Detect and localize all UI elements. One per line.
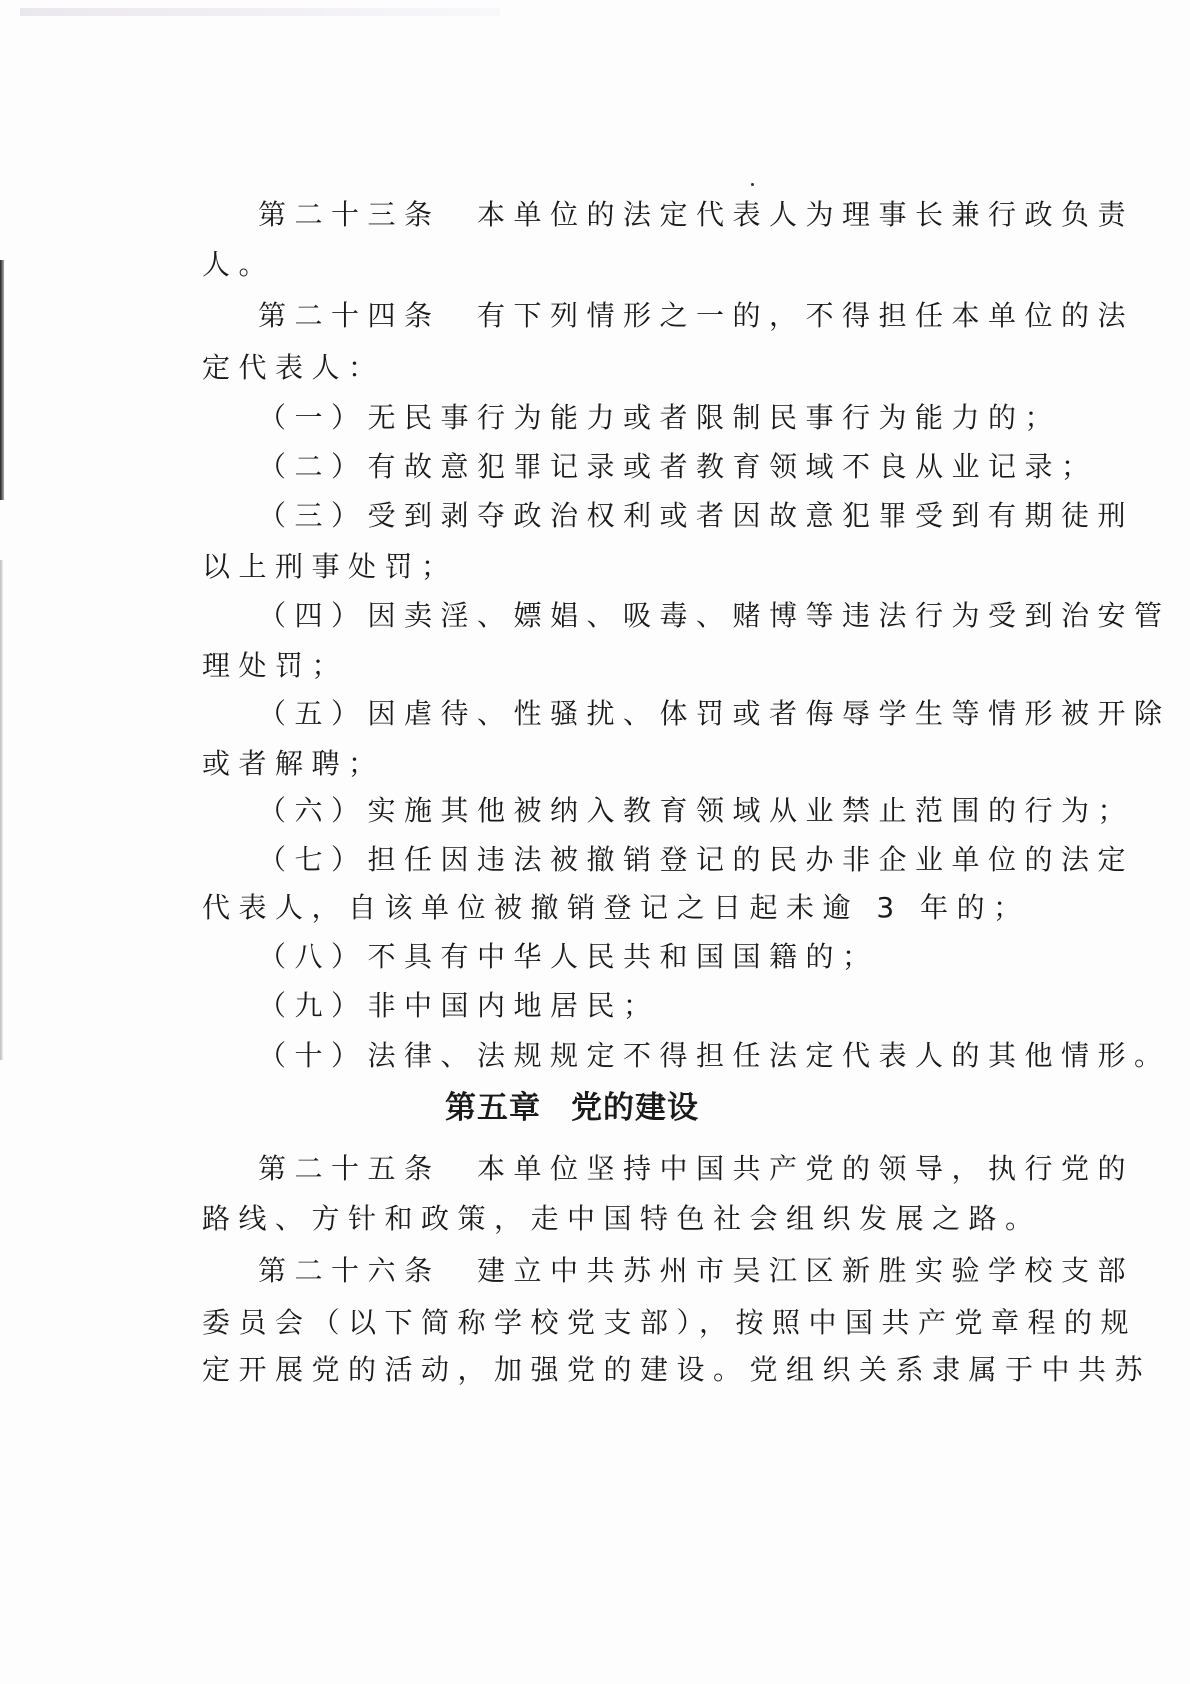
text-line: 委员会（以下简称学校党支部），按照中国共产党章程的规 <box>202 1305 1137 1341</box>
text-line: 理处罚； <box>202 648 348 684</box>
text-line: 或者解聘； <box>202 746 385 782</box>
text-line: 代表人，自该单位被撤销登记之日起未逾 3 年的； <box>202 890 1030 926</box>
text-line: 第二十六条 建立中共苏州市吴江区新胜实验学校支部 <box>258 1253 1134 1289</box>
text-line: 第二十四条 有下列情形之一的，不得担任本单位的法 <box>258 298 1134 334</box>
text-line: （四）因卖淫、嫖娼、吸毒、赌博等违法行为受到治安管 <box>258 598 1171 634</box>
text-line: （十）法律、法规规定不得担任法定代表人的其他情形。 <box>258 1038 1171 1074</box>
text-line: （三）受到剥夺政治权利或者因故意犯罪受到有期徒刑 <box>258 498 1134 534</box>
scan-edge-shadow-lower <box>0 560 3 1060</box>
scan-artifact-top <box>20 8 500 16</box>
chapter-number: 第五章 <box>445 1090 541 1126</box>
chapter-heading: 第五章党的建设 <box>202 1088 942 1128</box>
text-line: （九）非中国内地居民； <box>258 988 660 1024</box>
scan-edge-shadow <box>0 260 4 500</box>
chapter-title: 党的建设 <box>571 1090 699 1126</box>
text-line: 定代表人： <box>202 350 385 386</box>
text-line: （八）不具有中华人民共和国国籍的； <box>258 939 879 975</box>
text-line: 路线、方针和政策，走中国特色社会组织发展之路。 <box>202 1201 1042 1237</box>
text-line: 定开展党的活动，加强党的建设。党组织关系隶属于中共苏 <box>202 1352 1151 1388</box>
text-line: （七）担任因违法被撤销登记的民办非企业单位的法定 <box>258 842 1134 878</box>
scan-speck <box>751 183 754 186</box>
text-line: 以上刑事处罚； <box>202 549 458 585</box>
text-line: 人。 <box>202 247 275 283</box>
text-line: （五）因虐待、性骚扰、体罚或者侮辱学生等情形被开除 <box>258 696 1171 732</box>
text-line: （一）无民事行为能力或者限制民事行为能力的； <box>258 400 1061 436</box>
text-line: 第二十三条 本单位的法定代表人为理事长兼行政负责 <box>258 197 1134 233</box>
text-line: （六）实施其他被纳入教育领域从业禁止范围的行为； <box>258 793 1134 829</box>
text-line: （二）有故意犯罪记录或者教育领域不良从业记录； <box>258 449 1098 485</box>
text-line: 第二十五条 本单位坚持中国共产党的领导，执行党的 <box>258 1151 1134 1187</box>
